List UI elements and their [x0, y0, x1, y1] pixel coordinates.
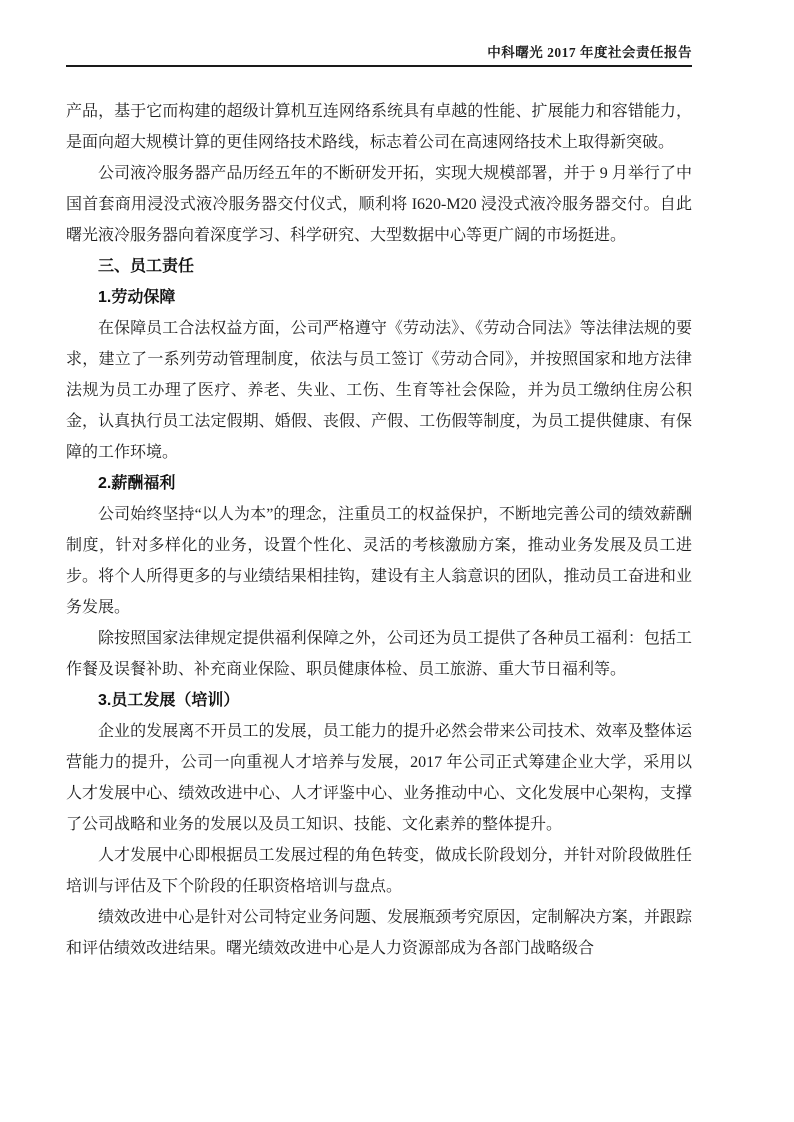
subsection-heading-compensation-benefits: 2.薪酬福利: [66, 468, 692, 499]
paragraph-corporate-university: 企业的发展离不开员工的发展，员工能力的提升必然会带来公司技术、效率及整体运营能力…: [66, 716, 692, 840]
paragraph-product-network: 产品，基于它而构建的超级计算机互连网络系统具有卓越的性能、扩展能力和容错能力，是…: [66, 96, 692, 158]
document-page: 中科曙光 2017 年度社会责任报告 产品，基于它而构建的超级计算机互连网络系统…: [0, 0, 794, 1122]
subsection-heading-labor-security: 1.劳动保障: [66, 282, 692, 313]
paragraph-liquid-cooling-server: 公司液冷服务器产品历经五年的不断研发开拓，实现大规模部署，并于 9 月举行了中国…: [66, 158, 692, 251]
paragraph-employee-welfare: 除按照国家法律规定提供福利保障之外，公司还为员工提供了各种员工福利：包括工作餐及…: [66, 623, 692, 685]
page-header: 中科曙光 2017 年度社会责任报告: [66, 44, 692, 67]
subsection-heading-employee-development: 3.员工发展（培训）: [66, 685, 692, 716]
section-heading-employee-responsibility: 三、员工责任: [66, 251, 692, 282]
paragraph-compensation-policy: 公司始终坚持“以人为本”的理念，注重员工的权益保护，不断地完善公司的绩效薪酬制度…: [66, 499, 692, 623]
paragraph-talent-development-center: 人才发展中心即根据员工发展过程的角色转变，做成长阶段划分，并针对阶段做胜任培训与…: [66, 840, 692, 902]
header-divider-rule: [66, 65, 692, 67]
paragraph-labor-security: 在保障员工合法权益方面，公司严格遵守《劳动法》、《劳动合同法》等法律法规的要求，…: [66, 313, 692, 468]
report-header-title: 中科曙光 2017 年度社会责任报告: [66, 44, 692, 62]
paragraph-performance-improvement-center: 绩效改进中心是针对公司特定业务问题、发展瓶颈考究原因，定制解决方案，并跟踪和评估…: [66, 902, 692, 964]
document-body: 产品，基于它而构建的超级计算机互连网络系统具有卓越的性能、扩展能力和容错能力，是…: [66, 96, 692, 964]
